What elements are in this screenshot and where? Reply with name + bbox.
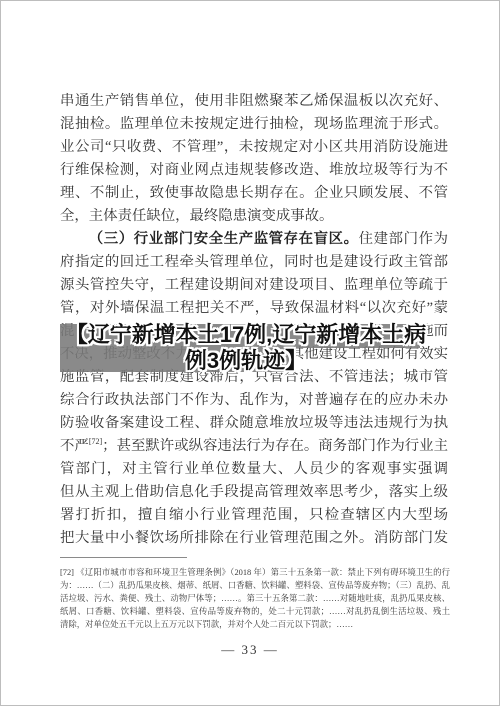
caption-line-1: 【辽宁新增本土17例,辽宁新增本土病 bbox=[0, 322, 492, 348]
footnote-line: 为：……（二）乱扔瓜果皮核、烟蒂、纸屑、口香糖、饮料罐、塑料袋、宣传品等废弃物；… bbox=[60, 579, 450, 592]
text-line: 全，主体责任缺位，最终隐患演变成事故。 bbox=[60, 205, 448, 228]
footnote-divider bbox=[60, 557, 187, 558]
text-line: 管，对外墙保温工程把关不严，导致保温材料“以次充好”蒙 bbox=[60, 297, 448, 320]
text-run: 不严 bbox=[60, 438, 89, 454]
document-body: 串通生产销售单位，使用非阻燃聚苯乙烯保温板以次充好、蒙 混抽检。监理单位未按规定… bbox=[60, 90, 448, 550]
text-line: 把大量中小餐饮场所排除在行业管理范围之外。消防部门发挥 bbox=[60, 527, 448, 550]
footnote-block: [72] 《辽阳市城市市容和环境卫生管理条例》（2018 年）第三十五条第一款：… bbox=[60, 566, 450, 631]
caption-line-2: 例3例轨迹】 bbox=[0, 348, 492, 374]
text-line: 行维保检测，对商业网点违规装修改造、堆放垃圾等行为不管 bbox=[60, 159, 448, 182]
text-line: 防验收备案建设工程、群众随意堆放垃圾等违法违规行为执法 bbox=[60, 412, 448, 435]
footnote-line: 活垃圾、污水、粪便、残土、动物尸体等；……。第三十五条第二款：……对随地吐痰，乱… bbox=[60, 592, 450, 605]
text-line: 理、不制止，致使事故隐患长期存在。企业只顾发展、不管安 bbox=[60, 182, 448, 205]
footnote-line: 纸屑、口香糖、饮料罐、塑料袋、宣传品等废弃物的，处二十元罚款；……对乱扔乱倒生活… bbox=[60, 605, 450, 618]
page-number: — 33 — bbox=[0, 642, 500, 658]
footnote-line: 清除，对单位处五千元以上五万元以下罚款，并对个人处二百元以下罚款；…… bbox=[60, 618, 450, 631]
text-line: 府指定的回迁工程牵头管理单位，同时也是建设行政主管部门， bbox=[60, 251, 448, 274]
footnote-line: [72] 《辽阳市城市市容和环境卫生管理条例》（2018 年）第三十五条第一款：… bbox=[60, 566, 450, 579]
text-line: 署打折扣，擅自缩小行业管理范围，只检查辖区内大型场所， bbox=[60, 504, 448, 527]
caption-overlay: 【辽宁新增本土17例,辽宁新增本土病 例3例轨迹】 bbox=[0, 322, 492, 374]
text-line: （三）行业部门安全生产监管存在盲区。住建部门作为政 bbox=[60, 228, 448, 251]
text-line: 管部门，对主管行业单位数量大、人员少的客观事实强调多， bbox=[60, 458, 448, 481]
section-heading: （三）行业部门安全生产监管存在盲区。 bbox=[89, 231, 359, 247]
text-line: 综合行政执法部门不作为、乱作为，对普遍存在的应办未办消 bbox=[60, 389, 448, 412]
footnote-marker-ref: [72] bbox=[89, 437, 102, 446]
text-line: 混抽检。监理单位未按规定进行抽检，现场监理流于形式。物 bbox=[60, 113, 448, 136]
text-line: 业公司“只收费、不管理”，未按规定对小区共用消防设施进 bbox=[60, 136, 448, 159]
text-line: 不严[72]；甚至默许或纵容违法行为存在。商务部门作为行业主 bbox=[60, 435, 448, 458]
text-line: 串通生产销售单位，使用非阻燃聚苯乙烯保温板以次充好、蒙 bbox=[60, 90, 448, 113]
text-run: ；甚至默许或纵容违法行为存在。商务部门作为行业主 bbox=[102, 438, 448, 454]
text-line: 但从主观上借助信息化手段提高管理效率思考少，落实上级部 bbox=[60, 481, 448, 504]
text-line: 源头管控失守，工程建设期间对建设项目、监理单位等疏于监 bbox=[60, 274, 448, 297]
